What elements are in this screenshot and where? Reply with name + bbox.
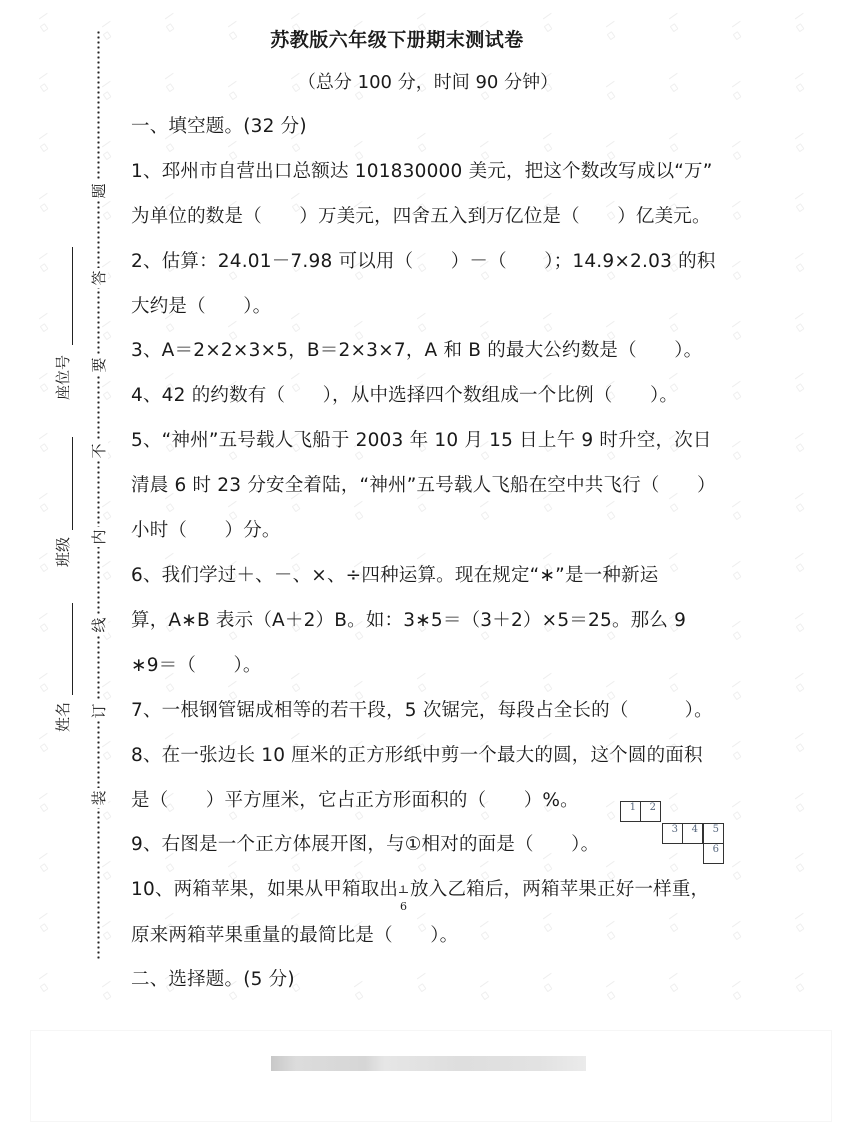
fraction-one-sixth: 16 bbox=[398, 880, 410, 900]
exam-title: 苏教版六年级下册期末测试卷 bbox=[0, 25, 794, 52]
question-10-text-before: 10、两箱苹果，如果从甲箱取出 bbox=[131, 879, 398, 900]
watermark-mark bbox=[39, 793, 51, 804]
watermark-mark bbox=[543, 193, 555, 204]
exam-page: 苏教版六年级下册期末测试卷 （总分 100 分，时间 90 分钟） 题 答 要 … bbox=[0, 0, 856, 1122]
watermark-mark bbox=[39, 973, 51, 984]
watermark-mark bbox=[480, 321, 492, 332]
watermark-mark bbox=[102, 381, 114, 392]
watermark-mark bbox=[732, 321, 744, 332]
watermark-mark bbox=[795, 613, 807, 624]
watermark-mark bbox=[228, 501, 240, 512]
watermark-mark bbox=[39, 13, 51, 24]
watermark-mark bbox=[480, 141, 492, 152]
watermark-mark bbox=[39, 133, 51, 144]
watermark-mark bbox=[732, 501, 744, 512]
question-10-line-1: 10、两箱苹果，如果从甲箱取出16放入乙箱后，两箱苹果正好一样重， bbox=[131, 877, 731, 903]
watermark-mark bbox=[102, 681, 114, 692]
watermark-mark bbox=[795, 913, 807, 924]
watermark-mark bbox=[228, 681, 240, 692]
redacted-footer-bar bbox=[271, 1056, 586, 1071]
question-1-line-2: 为单位的数是（ ）万美元，四舍五入到万亿位是（ ）亿美元。 bbox=[131, 204, 731, 230]
cube-face-1: 1 bbox=[620, 801, 641, 822]
watermark-mark bbox=[102, 921, 114, 932]
watermark-mark bbox=[732, 441, 744, 452]
watermark-mark bbox=[480, 681, 492, 692]
cube-face-6: 6 bbox=[703, 843, 724, 864]
watermark-mark bbox=[795, 373, 807, 384]
watermark-mark bbox=[795, 853, 807, 864]
watermark-mark bbox=[795, 733, 807, 744]
cube-face-5: 5 bbox=[703, 823, 724, 844]
question-8-line-1: 8、在一张边长 10 厘米的正方形纸中剪一个最大的圆，这个圆的面积 bbox=[131, 743, 731, 769]
watermark-mark bbox=[102, 141, 114, 152]
binding-dotted-line bbox=[97, 30, 100, 960]
watermark-mark bbox=[669, 13, 681, 24]
watermark-mark bbox=[39, 673, 51, 684]
question-1-line-1: 1、邳州市自营出口总额达 101830000 美元，把这个数改写成以“万” bbox=[131, 159, 731, 185]
watermark-mark bbox=[732, 801, 744, 812]
question-10-line-2: 原来两箱苹果重量的最简比是（ ）。 bbox=[131, 923, 731, 949]
question-6-line-3: ∗9＝（ ）。 bbox=[131, 653, 731, 679]
watermark-mark bbox=[39, 433, 51, 444]
watermark-mark bbox=[732, 621, 744, 632]
cube-net-figure: 1 2 3 4 5 6 bbox=[620, 801, 726, 867]
watermark-mark bbox=[480, 861, 492, 872]
watermark-mark bbox=[606, 681, 618, 692]
watermark-mark bbox=[732, 921, 744, 932]
watermark-mark bbox=[795, 193, 807, 204]
watermark-mark bbox=[354, 321, 366, 332]
watermark-mark bbox=[795, 13, 807, 24]
watermark-mark bbox=[354, 141, 366, 152]
watermark-mark bbox=[102, 741, 114, 752]
watermark-mark bbox=[417, 193, 429, 204]
cube-face-3: 3 bbox=[662, 823, 683, 844]
binding-char-ding: 订 bbox=[88, 701, 108, 721]
watermark-mark bbox=[669, 193, 681, 204]
watermark-mark bbox=[795, 133, 807, 144]
watermark-mark bbox=[102, 561, 114, 572]
watermark-mark bbox=[606, 141, 618, 152]
watermark-mark bbox=[165, 193, 177, 204]
name-label: 姓名 bbox=[52, 702, 73, 732]
cube-face-4: 4 bbox=[682, 823, 703, 844]
watermark-mark bbox=[39, 733, 51, 744]
watermark-mark bbox=[732, 741, 744, 752]
watermark-mark bbox=[417, 13, 429, 24]
binding-char-yao: 要 bbox=[88, 355, 108, 375]
watermark-mark bbox=[795, 433, 807, 444]
watermark-mark bbox=[39, 493, 51, 504]
watermark-mark bbox=[102, 981, 114, 992]
question-6-line-1: 6、我们学过＋、－、×、÷四种运算。现在规定“∗”是一种新运 bbox=[131, 563, 731, 589]
watermark-mark bbox=[732, 981, 744, 992]
fraction-bar bbox=[399, 892, 408, 893]
binding-char-da: 答 bbox=[88, 268, 108, 288]
watermark-mark bbox=[39, 853, 51, 864]
question-5-line-3: 小时（ ）分。 bbox=[131, 518, 731, 544]
page-footer-frame bbox=[30, 1030, 832, 1122]
seat-number-field[interactable] bbox=[72, 247, 73, 345]
exam-subtitle: （总分 100 分，时间 90 分钟） bbox=[0, 68, 856, 94]
watermark-mark bbox=[39, 613, 51, 624]
binding-char-xian: 线 bbox=[88, 615, 108, 635]
watermark-mark bbox=[39, 193, 51, 204]
watermark-mark bbox=[354, 501, 366, 512]
watermark-mark bbox=[354, 861, 366, 872]
watermark-mark bbox=[795, 493, 807, 504]
watermark-mark bbox=[795, 793, 807, 804]
watermark-mark bbox=[102, 861, 114, 872]
watermark-mark bbox=[291, 193, 303, 204]
binding-char-ti: 题 bbox=[88, 181, 108, 201]
watermark-mark bbox=[291, 13, 303, 24]
name-field[interactable] bbox=[72, 603, 73, 695]
watermark-mark bbox=[102, 321, 114, 332]
section-heading-multiple-choice: 二、选择题。(5 分) bbox=[131, 967, 731, 993]
watermark-mark bbox=[39, 373, 51, 384]
watermark-mark bbox=[228, 321, 240, 332]
watermark-mark bbox=[606, 321, 618, 332]
watermark-mark bbox=[795, 973, 807, 984]
class-field[interactable] bbox=[72, 437, 73, 530]
question-10-text-after: 放入乙箱后，两箱苹果正好一样重， bbox=[410, 879, 709, 900]
watermark-mark bbox=[102, 501, 114, 512]
binding-char-nei: 内 bbox=[88, 527, 108, 547]
binding-char-zhuang: 装 bbox=[88, 788, 108, 808]
watermark-mark bbox=[228, 861, 240, 872]
watermark-mark bbox=[39, 253, 51, 264]
watermark-mark bbox=[795, 673, 807, 684]
question-3: 3、A＝2×2×3×5，B＝2×3×7，A 和 B 的最大公约数是（ ）。 bbox=[131, 338, 731, 364]
watermark-mark bbox=[732, 201, 744, 212]
seat-number-label: 座位号 bbox=[52, 355, 73, 400]
watermark-mark bbox=[606, 861, 618, 872]
question-7: 7、一根钢管锯成相等的若干段，5 次锯完，每段占全长的（ ）。 bbox=[131, 698, 731, 724]
watermark-mark bbox=[606, 501, 618, 512]
cube-face-2: 2 bbox=[640, 801, 661, 822]
section-heading-fill-blank: 一、填空题。(32 分) bbox=[131, 114, 731, 140]
watermark-mark bbox=[732, 261, 744, 272]
question-2-line-1: 2、估算：24.01－7.98 可以用（ ）－（ ）；14.9×2.03 的积 bbox=[131, 249, 731, 275]
class-label: 班级 bbox=[52, 537, 73, 567]
fraction-denominator: 6 bbox=[400, 894, 407, 920]
question-4: 4、42 的约数有（ ），从中选择四个数组成一个比例（ ）。 bbox=[131, 383, 731, 409]
watermark-mark bbox=[795, 313, 807, 324]
watermark-mark bbox=[165, 13, 177, 24]
watermark-mark bbox=[732, 861, 744, 872]
watermark-mark bbox=[354, 681, 366, 692]
watermark-mark bbox=[39, 913, 51, 924]
watermark-mark bbox=[732, 381, 744, 392]
watermark-mark bbox=[795, 253, 807, 264]
watermark-mark bbox=[39, 553, 51, 564]
watermark-mark bbox=[795, 553, 807, 564]
watermark-mark bbox=[39, 313, 51, 324]
watermark-mark bbox=[480, 501, 492, 512]
watermark-mark bbox=[543, 13, 555, 24]
question-2-line-2: 大约是（ ）。 bbox=[131, 294, 731, 320]
watermark-mark bbox=[102, 201, 114, 212]
watermark-mark bbox=[732, 681, 744, 692]
binding-char-bu: 不 bbox=[88, 441, 108, 461]
question-5-line-2: 清晨 6 时 23 分安全着陆，“神州”五号载人飞船在空中共飞行（ ） bbox=[131, 473, 731, 499]
question-5-line-1: 5、“神州”五号载人飞船于 2003 年 10 月 15 日上午 9 时升空，次… bbox=[131, 428, 731, 454]
watermark-mark bbox=[732, 561, 744, 572]
watermark-mark bbox=[228, 141, 240, 152]
question-6-line-2: 算，A∗B 表示（A＋2）B。如：3∗5＝（3＋2）×5＝25。那么 9 bbox=[131, 608, 731, 634]
watermark-mark bbox=[732, 141, 744, 152]
